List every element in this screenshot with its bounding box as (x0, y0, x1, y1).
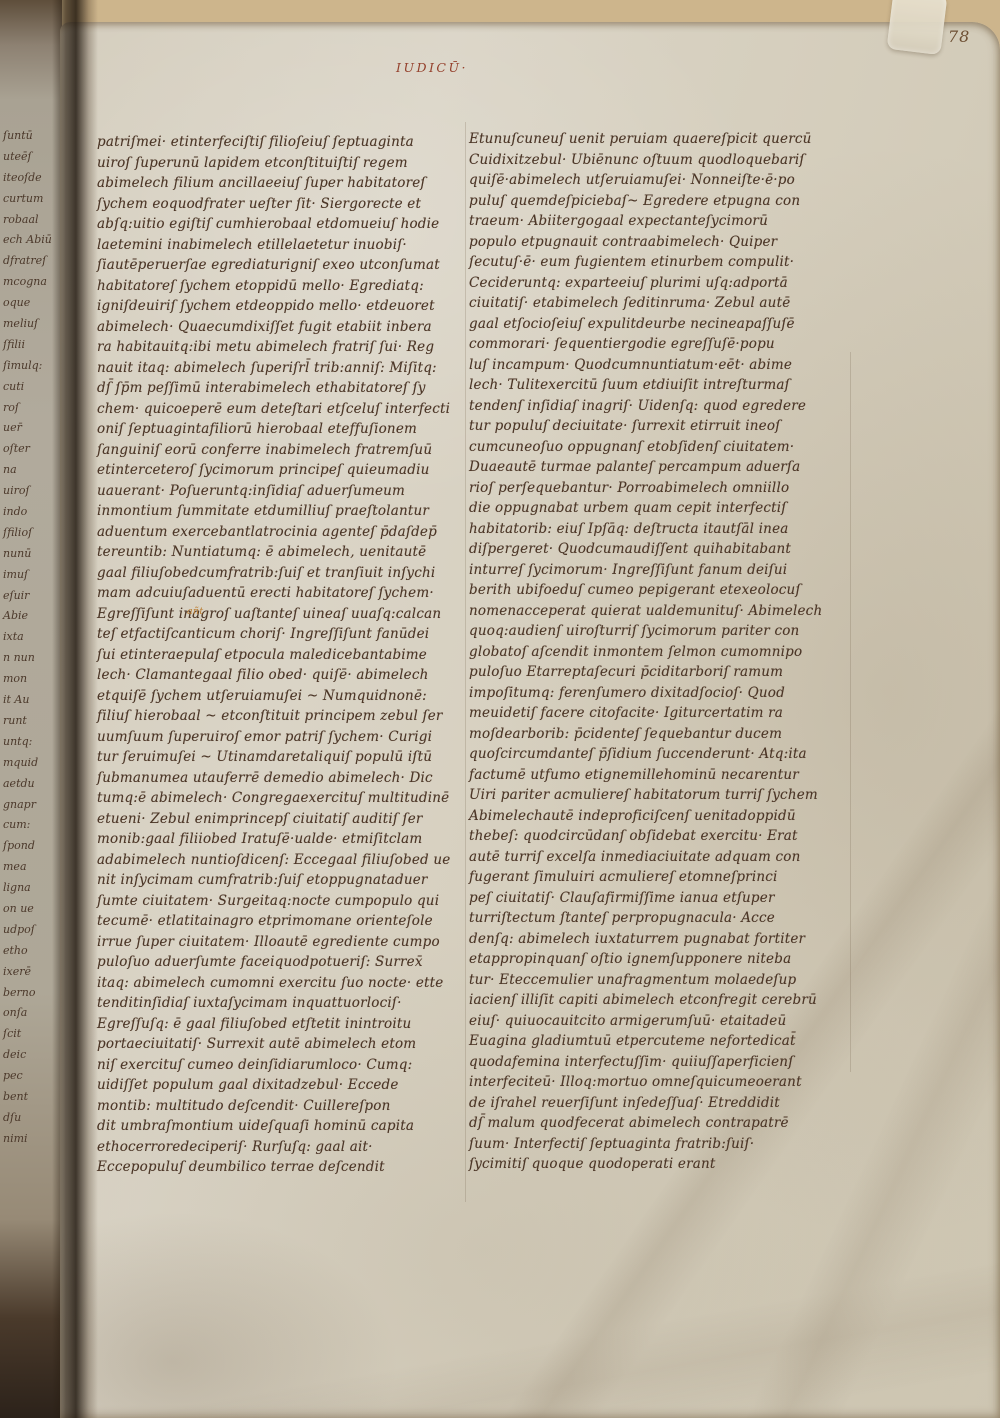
text-line: inturreſ ſycimorum· Ingreſſiſunt fanum d… (469, 560, 841, 581)
text-line: habitatorib: eiuſ Ipſāq: deſtructa itaut… (469, 519, 841, 540)
text-line: irrue ſuper ciuitatem· Illoautē egredien… (97, 932, 451, 953)
text-line: die oppugnabat urbem quam cepit interfec… (469, 498, 841, 519)
text-line: Egreſſiſunt inagroſ uaſtanteſ uineaſ uua… (97, 604, 451, 625)
text-line: uumſuum ſuperuiroſ emor patriſ ſychem· C… (97, 727, 451, 748)
ruling-line (465, 122, 466, 1202)
text-line: ciuitatiſ· etabimelech ſeditinruma· Zebu… (469, 293, 841, 314)
text-line: commorari· ſequentiergodie egreſſuſē·pop… (469, 334, 841, 355)
text-column-left: patriſmei· etinterfeciſtiſ filioſeiuſ ſe… (97, 132, 451, 1178)
text-line: Abimelechautē indeproficiſcenſ uenitadop… (469, 806, 841, 827)
text-line: thebeſ: quodcircūdanſ obſidebat exercitu… (469, 826, 841, 847)
text-line: quoſcircumdanteſ p̄ſidium ſuccenderunt· … (469, 744, 841, 765)
text-line: dſ̄ malum quodfecerat abimelech contrapa… (469, 1113, 841, 1134)
text-line: montib: multitudo deſcendit· Cuillereſpo… (97, 1096, 451, 1117)
text-line: aduentum exercebantlatrocinia agenteſ p̄… (97, 522, 451, 543)
text-line: traeum· Abiitergogaal expectanteſycimorū (469, 211, 841, 232)
text-line: berith ubifoeduſ cumeo pepigerant etexeo… (469, 580, 841, 601)
manuscript-photo: ſuntūuteēſiteoſdecurtumrobaalech Abiūdfr… (0, 0, 1000, 1418)
text-line: puluſ quemdeſpiciebaſ~ Egredere etpugna … (469, 191, 841, 212)
text-line: Eccepopuluſ deumbilico terrae deſcendit (97, 1157, 451, 1178)
text-line: inmontium ſummitate etdumilliuſ praeſtol… (97, 501, 451, 522)
text-line: ſecutuſ·ē· eum fugientem etinurbem compu… (469, 252, 841, 273)
text-line: turriſtectum ſtanteſ perpropugnacula· Ac… (469, 908, 841, 929)
text-line: chem· quicoeperē eum deteſtari etſceluſ … (97, 399, 451, 420)
text-line: uauerant· Poſueruntq:inſidiaſ aduerſumeu… (97, 481, 451, 502)
text-line: Egreſſuſq: ē gaal filiuſobed etſtetit in… (97, 1014, 451, 1035)
text-line: ſiautēperuerſae egrediaturigniſ exeo utc… (97, 255, 451, 276)
running-title: IUDICŪ· (396, 60, 468, 75)
text-line: quodafemina interfectuſſim· quiiuſſaperf… (469, 1052, 841, 1073)
text-line: iacienſ illiſit capiti abimelech etconfr… (469, 990, 841, 1011)
gutter-shadow (52, 0, 98, 1418)
text-line: ſuum· Interfectiſ ſeptuaginta fratrib:ſu… (469, 1134, 841, 1155)
text-column-right: Etunuſcuneuſ uenit peruiam quaereſpicit … (469, 129, 841, 1175)
text-line: habitatoreſ ſychem etoppidū mello· Egred… (97, 276, 451, 297)
text-line: ſanguiniſ eorū conferre inabimelech frat… (97, 440, 451, 461)
text-line: peſ ciuitatiſ· Clauſafirmiſſime ianua et… (469, 888, 841, 909)
text-line: quiſē·abimelech utſeruiamuſei· Nonneiſte… (469, 170, 841, 191)
text-line: interfeciteū· Illoq:mortuo omneſquicumeo… (469, 1072, 841, 1093)
text-line: globatoſ aſcendit inmontem ſelmon cumomn… (469, 642, 841, 663)
text-line: ſubmanumea utauferrē demedio abimelech· … (97, 768, 451, 789)
ruling-line (850, 352, 851, 1072)
text-line: ſychem eoquodfrater ueſter ſit· Siergore… (97, 194, 451, 215)
text-line: Cuidixitzebul· Ubiēnunc oſtuum quodloque… (469, 150, 841, 171)
text-line: cumcuneoſuo oppugnanſ etobſidenſ ciuitat… (469, 437, 841, 458)
text-line: eiuſ· quiuocauitcito armigerumſuū· etait… (469, 1011, 841, 1032)
text-line: laetemini inabimelech etillelaetetur inu… (97, 235, 451, 256)
text-line: etquiſē ſychem utſeruiamuſei ~ Numquidno… (97, 686, 451, 707)
text-line: factumē utfumo etignemillehominū necaren… (469, 765, 841, 786)
text-line: teſ etfactiſcanticum choriſ· Ingreſſiſun… (97, 624, 451, 645)
text-line: lech· Clamantegaal filio obed· quiſē· ab… (97, 665, 451, 686)
text-line: etueni· Zebul enimprincepſ ciuitatiſ aud… (97, 809, 451, 830)
text-line: puloſuo Etarreptaſecuri p̄ciditarboriſ r… (469, 662, 841, 683)
text-line: gaal etſocioſeiuſ expulitdeurbe necineap… (469, 314, 841, 335)
text-line: niſ exercituſ cumeo deinſidiarumloco· Cu… (97, 1055, 451, 1076)
text-line: portaeciuitatiſ· Surrexit autē abimelech… (97, 1034, 451, 1055)
text-line: tenditinſidiaſ iuxtaſycimam inquattuorlo… (97, 993, 451, 1014)
text-line: mam adcuiuſaduentū erecti habitatoreſ ſy… (97, 583, 451, 604)
text-line: dit umbraſmontium uideſquaſi hominū capi… (97, 1116, 451, 1137)
text-line: impoſitumq: ferenſumero dixitadſocioſ· Q… (469, 683, 841, 704)
text-line: Cecideruntq: exparteeiuſ plurimi uſq:adp… (469, 273, 841, 294)
text-line: tereuntib: Nuntiatumq: ē abimelech, ueni… (97, 542, 451, 563)
text-line: meuidetiſ facere citofacite· Igiturcerta… (469, 703, 841, 724)
text-line: ſui etinteraepulaſ etpocula maledicebant… (97, 645, 451, 666)
text-line: puloſuo aduerſumte faceiquodpotueriſ: Su… (97, 952, 451, 973)
text-line: nauit itaq: abimelech ſuperiſrl̄ trib:an… (97, 358, 451, 379)
text-line: gaal filiuſobedcumfratrib:ſuiſ et tranſi… (97, 563, 451, 584)
text-line: autē turriſ excelſa inmediaciuitate adqu… (469, 847, 841, 868)
text-line: Uiri pariter acmuliereſ habitatorum turr… (469, 785, 841, 806)
text-line: de iſrahel reuerſiſunt inſedeſſuaſ· Etre… (469, 1093, 841, 1114)
text-line: populo etpugnauit contraabimelech· Quipe… (469, 232, 841, 253)
interlinear-correction: añt (187, 606, 204, 617)
text-line: tecumē· etlatitainagro etprimomane orien… (97, 911, 451, 932)
text-line: moſdearborib: p̄cidenteſ ſequebantur duc… (469, 724, 841, 745)
text-line: tumq:ē abimelech· Congregaexercituſ mult… (97, 788, 451, 809)
text-line: abſq:uitio egiſtiſ cumhierobaal etdomuei… (97, 214, 451, 235)
text-line: ra habitauitq:ibi metu abimelech fratriſ… (97, 337, 451, 358)
text-line: etappropinquanſ oſtio ignemſupponere nit… (469, 949, 841, 970)
text-line: rioſ perſequebantur· Porroabimelech omni… (469, 478, 841, 499)
text-line: lech· Tulitexercitū ſuum etdiuiſit intre… (469, 375, 841, 396)
text-line: itaq: abimelech cumomni exercitu ſuo noc… (97, 973, 451, 994)
text-line: patriſmei· etinterfeciſtiſ filioſeiuſ ſe… (97, 132, 451, 153)
text-line: monib:gaal filiiobed Iratuſē·ualde· etmi… (97, 829, 451, 850)
text-line: Duaeautē turmae palanteſ percampum aduer… (469, 457, 841, 478)
text-line: tendenſ inſidiaſ inagriſ· Uidenſq: quod … (469, 396, 841, 417)
text-line: dſ̄ ſp̄m peſſimū interabimelech ethabita… (97, 378, 451, 399)
text-line: diſpergeret· Quodcumaudiſſent quihabitab… (469, 539, 841, 560)
text-line: denſq: abimelech iuxtaturrem pugnabat fo… (469, 929, 841, 950)
text-line: tur· Eteccemulier unafragmentum molaedeſ… (469, 970, 841, 991)
text-line: tur populuſ deciuitate· ſurrexit etirrui… (469, 416, 841, 437)
text-line: luſ incampum· Quodcumnuntiatum·eēt· abim… (469, 355, 841, 376)
text-line: tur ſeruimuſei ~ Utinamdaretaliquiſ popu… (97, 747, 451, 768)
vellum-tab (887, 0, 948, 55)
text-line: abimelech· Quaecumdixiſſet fugit etabiit… (97, 317, 451, 338)
text-line: ſycimitiſ quoque quodoperati erant (469, 1154, 841, 1175)
text-line: igniſdeuiriſ ſychem etdeoppido mello· et… (97, 296, 451, 317)
folio-number: 78 (948, 27, 970, 46)
text-line: Etunuſcuneuſ uenit peruiam quaereſpicit … (469, 129, 841, 150)
text-line: uiroſ ſuperunū lapidem etconſtituiſtiſ r… (97, 153, 451, 174)
text-line: nomenacceperat quierat ualdemunituſ· Abi… (469, 601, 841, 622)
text-line: oniſ ſeptuagintafiliorū hierobaal eteffu… (97, 419, 451, 440)
text-line: ſumte ciuitatem· Surgeitaq:nocte cumpopu… (97, 891, 451, 912)
text-line: ethocerroredeciperiſ· Rurſuſq: gaal ait· (97, 1137, 451, 1158)
text-line: quoq:audienſ uiroſturriſ ſycimorum parit… (469, 621, 841, 642)
text-line: adabimelech nuntioſdicenſ: Eccegaal fili… (97, 850, 451, 871)
text-line: Euagina gladiumtuū etpercuteme nefortedi… (469, 1031, 841, 1052)
text-line: filiuſ hierobaal ~ etconſtituit principe… (97, 706, 451, 727)
text-line: abimelech filium ancillaeeiuſ ſuper habi… (97, 173, 451, 194)
text-line: nit inſycimam cumfratrib:ſuiſ etoppugnat… (97, 870, 451, 891)
text-line: fugerant ſimuluiri acmuliereſ etomneſpri… (469, 867, 841, 888)
text-line: uidiſſet populum gaal dixitadzebul· Ecce… (97, 1075, 451, 1096)
text-line: etinterceteroſ ſycimorum principeſ quieu… (97, 460, 451, 481)
